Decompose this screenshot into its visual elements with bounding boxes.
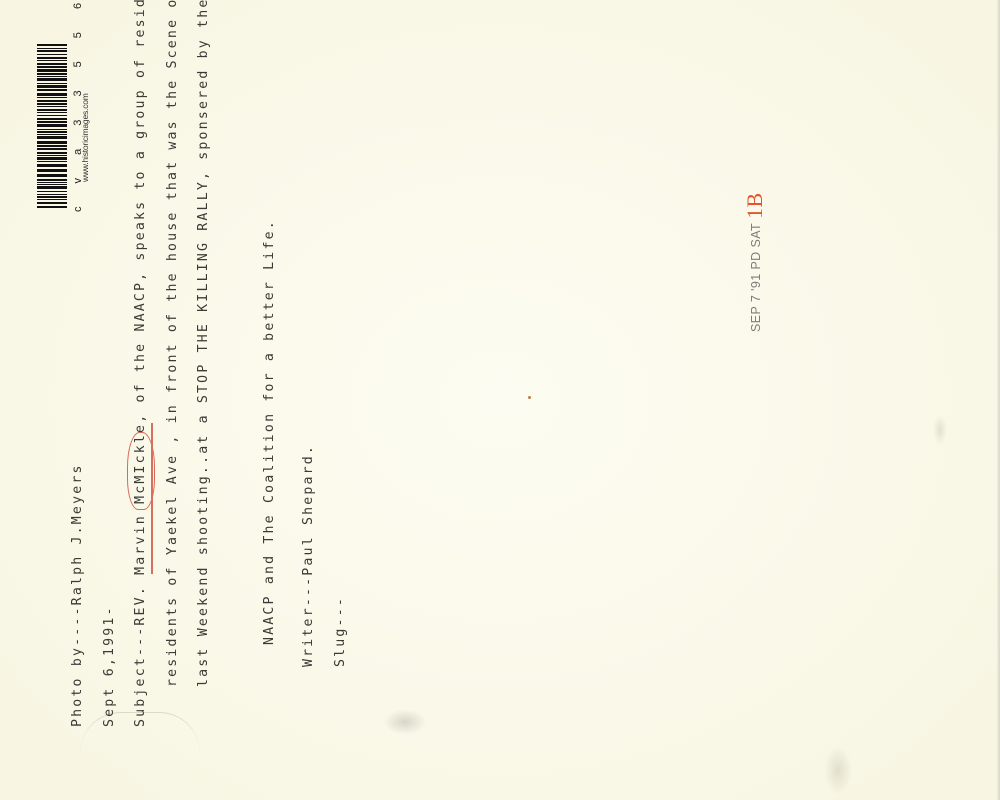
date-line: Sept 6,1991- (94, 0, 126, 727)
handwritten-page-code: 1B (742, 192, 767, 218)
caption-line-2: residents of Yaekel Ave , in front of th… (157, 0, 189, 727)
photo-credit-line: Photo by----Ralph J.Meyers (62, 0, 94, 727)
subject-prefix: Subject---REV. Marvin (133, 504, 148, 727)
ink-speck (528, 396, 531, 399)
caption-line-3: last Weekend shooting..at a STOP THE KIL… (188, 0, 220, 727)
subject-suffix: , of the NAACP, speaks to a group of res… (133, 0, 148, 423)
date-stamp: SEP 7 '91 PD SAT1B (742, 192, 768, 332)
stamp-text: SEP 7 '91 PD SAT (749, 223, 763, 332)
subject-name: McMIckle (133, 423, 148, 504)
circled-name: McMIckle (125, 423, 157, 504)
writer-line: Writer---Paul Shepard. (293, 0, 325, 727)
typed-caption: Photo by----Ralph J.Meyers Sept 6,1991- … (62, 0, 356, 727)
caption-line-4: NAACP and The Coalition for a better Lif… (254, 0, 286, 727)
handwritten-underline (151, 423, 153, 574)
slug-line: Slug--- (325, 0, 357, 727)
subject-line: Subject---REV. Marvin McMIckle, of the N… (125, 0, 157, 727)
